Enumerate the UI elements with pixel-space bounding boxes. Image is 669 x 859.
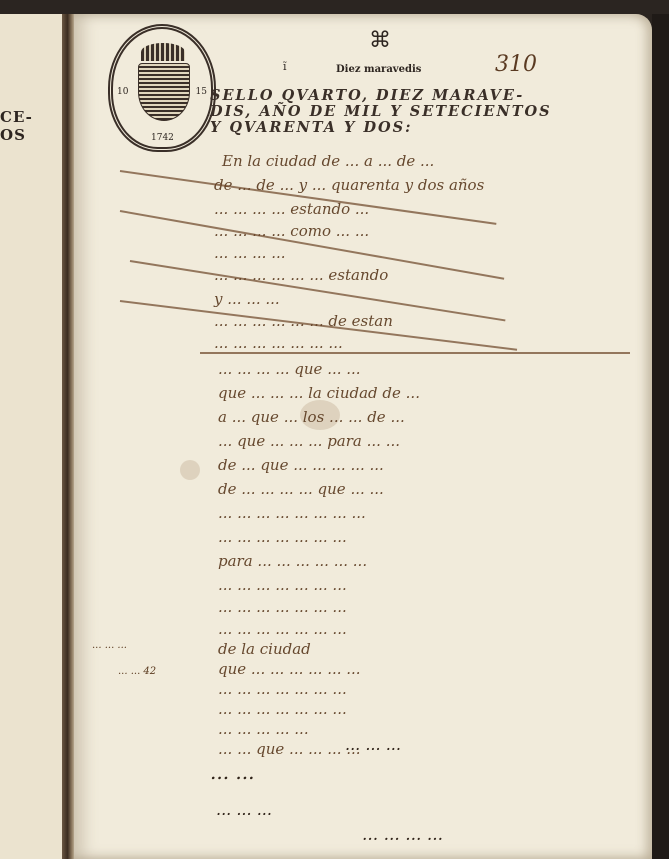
body-line: ... ... ... ... que ... ... <box>218 360 361 378</box>
body-line: de la ciudad <box>218 640 311 658</box>
signature: ... ... <box>210 760 255 784</box>
body-line: ... ... ... ... ... ... ... <box>214 334 343 352</box>
body-line: ... ... que ... ... ... ... <box>218 740 361 758</box>
body-line: ... ... ... ... ... ... ... <box>218 700 347 718</box>
signature: ... ... ... ... <box>362 825 443 845</box>
margin-note: ... ... ... <box>92 640 127 651</box>
body-line: ... ... ... ... ... ... ... ... <box>218 504 366 522</box>
body-line: ... ... ... ... ... ... ... <box>218 528 347 546</box>
left-page-fragment-line-1: CE- <box>0 108 33 126</box>
body-line: de ... ... ... ... que ... ... <box>218 480 384 498</box>
signature: ... ... ... <box>216 800 272 819</box>
margin-note: ... ... 42 <box>118 666 156 677</box>
body-line: ... ... ... ... ... <box>218 720 309 738</box>
cross-mark-icon: ⌘ <box>369 28 391 53</box>
body-line: ... que ... ... ... para ... ... <box>218 432 400 450</box>
folio-number: 310 <box>495 52 537 77</box>
printed-header: SELLO QVARTO, DIEZ MARAVE- DIS, AÑO DE M… <box>210 88 570 136</box>
stamp-denomination: Diez maravedis <box>336 64 421 75</box>
body-line: ... ... ... ... ... ... ... <box>218 680 347 698</box>
printed-header-line-1: SELLO QVARTO, DIEZ MARAVE- <box>210 88 570 104</box>
body-line: ... ... ... ... ... ... ... <box>218 620 347 638</box>
body-line: ... ... ... ... ... ... ... <box>218 598 347 616</box>
royal-seal-stamp: 10 15 1742 <box>108 24 216 152</box>
body-line: de ... de ... y ... quarenta y dos años <box>214 176 484 194</box>
body-line: para ... ... ... ... ... ... <box>218 552 367 570</box>
body-line: a ... que ... los ... ... de ... <box>218 408 405 426</box>
crown-icon <box>141 43 185 61</box>
body-line: En la ciudad de ... a ... de ... <box>222 152 434 170</box>
body-line: y ... ... ... <box>214 290 280 308</box>
signature: ... ... ... <box>345 735 401 754</box>
paper-stain <box>180 460 200 480</box>
small-mark: ĩ <box>283 60 287 73</box>
left-page-fragment-line-2: OS <box>0 126 26 144</box>
body-line: ... ... ... ... <box>214 244 286 262</box>
body-line: de ... que ... ... ... ... ... <box>218 456 384 474</box>
body-line: ... ... ... ... ... ... estando <box>214 266 388 284</box>
seal-year-bottom: 1742 <box>151 133 174 143</box>
printed-header-line-2: DIS, AÑO DE MIL Y SETECIENTOS <box>210 104 570 120</box>
printed-header-line-3: Y QVARENTA Y DOS: <box>210 120 570 136</box>
seal-year-right: 15 <box>196 87 207 97</box>
seal-year-left: 10 <box>117 87 128 97</box>
top-band <box>0 0 669 14</box>
body-line: ... ... ... ... ... ... ... <box>218 576 347 594</box>
coat-of-arms-icon <box>138 63 190 121</box>
left-page: CE- OS <box>0 14 66 859</box>
body-line: que ... ... ... ... ... ... <box>218 660 361 678</box>
rule-line <box>200 352 630 354</box>
right-edge <box>652 14 669 859</box>
body-line: que ... ... ... la ciudad de ... <box>218 384 420 402</box>
